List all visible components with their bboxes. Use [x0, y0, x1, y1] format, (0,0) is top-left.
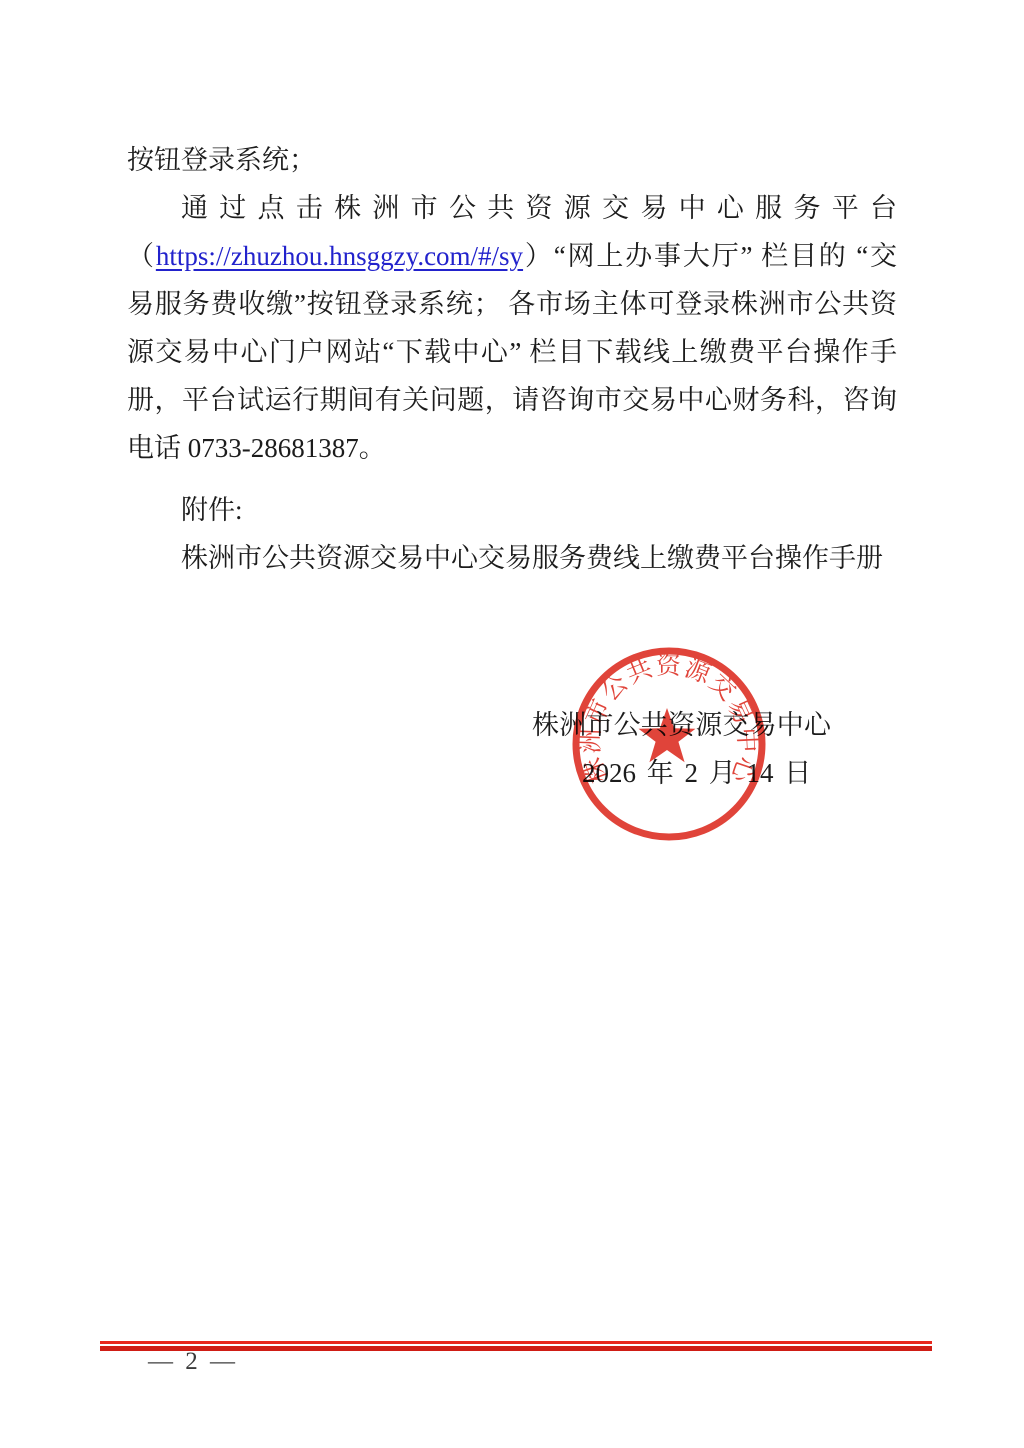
document-body: 按钮登录系统； 通过点击株洲市公共资源交易中心服务平台 （https://zhu…	[127, 136, 897, 582]
document-page: 按钮登录系统； 通过点击株洲市公共资源交易中心服务平台 （https://zhu…	[0, 0, 1024, 1448]
body-line-phone: 电话 0733-28681387。	[127, 424, 897, 472]
official-seal: 株洲市公共资源交易中心	[566, 641, 772, 847]
seal-ring	[576, 651, 762, 837]
body-line-3: （https://zhuzhou.hnsggzy.com/#/sy）“网上办事大…	[127, 232, 897, 280]
page-number: — 2 —	[148, 1348, 238, 1376]
signature-date: 2026 年 2 月 14 日	[582, 751, 811, 790]
paren-open: （	[127, 241, 156, 271]
url-link[interactable]: https://zhuzhou.hnsggzy.com/#/sy	[156, 241, 523, 271]
body-line-2: 通过点击株洲市公共资源交易中心服务平台	[127, 184, 897, 232]
body-line-5: 源交易中心门户网站“下载中心” 栏目下载线上缴费平台操作手	[127, 328, 897, 376]
attachment-label: 附件:	[127, 486, 897, 534]
signature-org: 株洲市公共资源交易中心	[532, 703, 831, 742]
body-line-6: 册，平台试运行期间有关问题，请咨询市交易中心财务科，咨询	[127, 376, 897, 424]
paren-close: ）	[523, 241, 554, 271]
body-line-1: 按钮登录系统；	[127, 136, 897, 184]
attachment-title: 株洲市公共资源交易中心交易服务费线上缴费平台操作手册	[127, 534, 897, 582]
body-line-3-rest: “网上办事大厅” 栏目的 “交	[554, 241, 897, 271]
body-line-4: 易服务费收缴”按钮登录系统； 各市场主体可登录株洲市公共资	[127, 280, 897, 328]
